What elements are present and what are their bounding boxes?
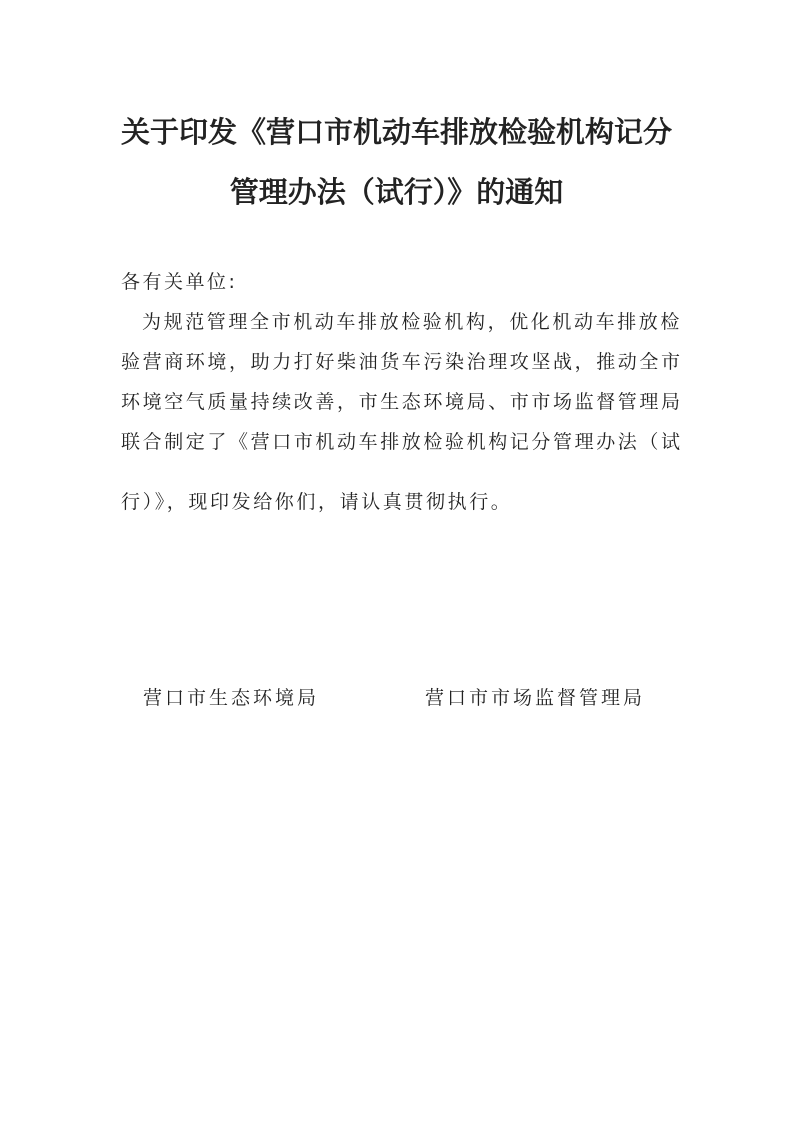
body-line-5: 行）》，现印发给你们，请认真贯彻执行。 [121, 487, 681, 514]
document-title-line-1: 关于印发《营口市机动车排放检验机构记分 [0, 110, 793, 151]
body-line-4: 联合制定了《营口市机动车排放检验机构记分管理办法（试 [121, 427, 681, 454]
signature-ecology-bureau: 营口市生态环境局 [143, 683, 319, 710]
body-line-2: 验营商环境，助力打好柴油货车污染治理攻坚战，推动全市 [121, 347, 681, 374]
body-line-1: 为规范管理全市机动车排放检验机构，优化机动车排放检 [142, 307, 702, 334]
document-title-line-2: 管理办法（试行）》的通知 [0, 170, 793, 211]
body-line-3: 环境空气质量持续改善，市生态环境局、市市场监督管理局 [121, 387, 681, 414]
document-page: 关于印发《营口市机动车排放检验机构记分 管理办法（试行）》的通知 各有关单位: … [0, 0, 793, 1122]
signature-market-supervision-bureau: 营口市市场监督管理局 [425, 683, 645, 710]
salutation: 各有关单位: [121, 267, 681, 294]
